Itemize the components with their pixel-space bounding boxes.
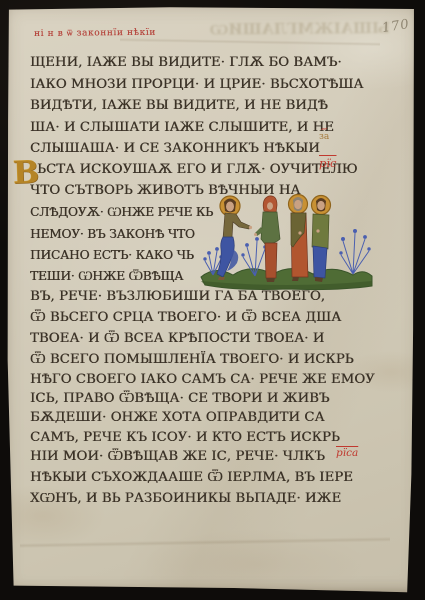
flowers-right — [340, 230, 370, 275]
margin-mark-section: рїса — [336, 447, 358, 459]
manuscript-photo: ЫШАІЖМГЛАШИѠ ні н в ѿ законнїи нѣкїи 170… — [0, 0, 425, 600]
text-line: Ѿ ВСЕГО ПОМЫШЛЕНЇА ТВОЕГО· И ИСКРЬ — [30, 350, 378, 370]
text-line: ІСЬ, ПРАВО ѾВѢЩА· СЕ ТВОРИ И ЖИВЪ — [30, 389, 378, 409]
apostle-figure-1 — [289, 195, 309, 282]
text-line: ПИСАНО ЕСТЪ· КАКО ЧЬ — [30, 245, 206, 265]
text-line: СЛѢДОУѪ· ѠНЖЕ РЕЧЕ КЬ — [30, 202, 206, 222]
text-line: Ѿ ВЬСЕГО СРЦА ТВОЕГО· И Ѿ ВСЕА ДША — [30, 308, 378, 328]
margin-mark-section: рїс — [319, 156, 336, 170]
margin-mark-zachalo: ~ за — [319, 126, 329, 142]
miniature-illustration — [197, 189, 377, 295]
miniature-svg — [197, 189, 377, 295]
text-line: САМЪ, РЕЧЕ КЪ ІСОУ· И КТО ЕСТЪ ИСКРЬ — [30, 428, 378, 448]
tilde-flourish-icon: ~ — [318, 125, 330, 134]
text-line: ХѠНЪ, И ВЬ РАЗБОИНИКЫ ВЬПАДЕ· ИЖЕ — [30, 489, 378, 509]
text-line: НІИ МОИ· ѾВѢЩАВ ЖЕ ІС, РЕЧЕ· ЧЛКЪ — [30, 447, 378, 467]
rubric-header: ні н в ѿ законнїи нѣкїи — [34, 26, 224, 39]
ground — [201, 269, 372, 290]
text-line: НѢГО СВОЕГО ІАКО САМЪ СА· РЕЧЕ ЖЕ ЕМОУ — [30, 370, 378, 390]
text-line: НЕМОУ· ВЪ ЗАКОНѢ ЧТО — [30, 224, 206, 244]
text-line: ІАКО МНОЗИ ПРОРЦИ· И ЦРИЕ· ВЬСХОТѢША — [30, 75, 378, 95]
text-line: НѢКЫИ СЪХОЖДААШЕ Ѿ ІЕРЛМА, ВЪ ІЕРЕ — [30, 468, 378, 488]
text-line: ТЕШИ· ѠНЖЕ ѾВѢЩА — [30, 266, 206, 286]
text-line: ВИДѢТИ, ІАЖЕ ВЫ ВИДИТЕ, И НЕ ВИДѢ — [30, 96, 378, 116]
text-line: ЩЕНИ, ІАЖЕ ВЫ ВИДИТЕ· ГЛѪ БО ВАМЪ· — [30, 53, 378, 73]
text-line: ТВОЕА· И Ѿ ВСЕА КРѢПОСТИ ТВОЕА· И — [30, 329, 378, 349]
christ-figure — [217, 196, 252, 280]
text-line: БѪДЕШИ· ОНЖЕ ХОТА ОПРАВДИТИ СА — [30, 408, 378, 428]
